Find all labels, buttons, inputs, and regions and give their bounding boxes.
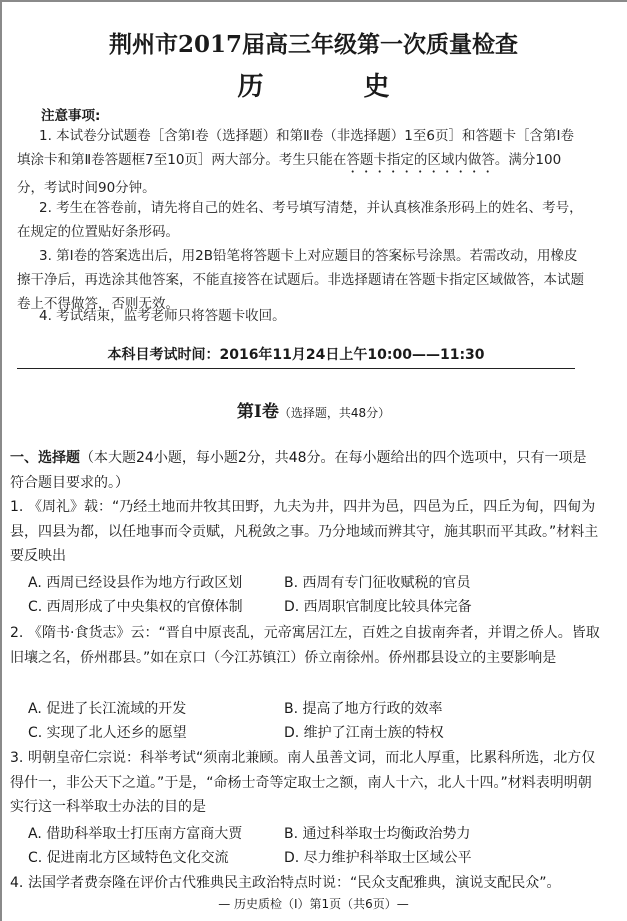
question-4-number: 4. xyxy=(10,871,28,896)
notice-item-2: 2. 考生在答卷前，请先将自己的姓名、考号填写清楚，并认真核准条形码上的姓名、考… xyxy=(17,196,587,244)
notice-item-4-text: 4. 考试结束，监考老师只将答题卡收回。 xyxy=(39,308,286,324)
section-subtitle: （选择题，共48分） xyxy=(279,406,390,420)
question-1: 1.《周礼》载：“乃经土地而井牧其田野，九夫为井，四井为邑，四邑为丘，四丘为甸，… xyxy=(10,495,600,569)
question-2-number: 2. xyxy=(10,621,28,646)
question-3: 3.明朝皇帝仁宗说：科举考试“须南北兼顾。南人虽善文词，而北人厚重，比累科所选，… xyxy=(10,746,600,820)
question-1-option-d[interactable]: D. 西周职官制度比较具体完备 xyxy=(284,595,540,619)
section-heading: 第Ⅰ卷（选择题，共48分） xyxy=(0,397,627,422)
notice-item-1-emphasis: 答题卡指定的区域内做答 xyxy=(346,152,495,168)
question-2-option-d[interactable]: D. 维护了江南士族的特权 xyxy=(284,721,540,745)
question-1-option-c[interactable]: C. 西周形成了中央集权的官僚体制 xyxy=(28,595,284,619)
question-2-options: A. 促进了长江流域的开发B. 提高了地方行政的效率 C. 实现了北人还乡的愿望… xyxy=(28,697,588,745)
part-one-label: 一、选择题 xyxy=(10,450,80,466)
subject-char-2: 史 xyxy=(364,66,390,103)
question-2-option-c[interactable]: C. 实现了北人还乡的愿望 xyxy=(28,721,284,745)
notice-item-1: 1. 本试卷分试题卷［含第Ⅰ卷（选择题）和第Ⅱ卷（非选择题）1至6页］和答题卡［… xyxy=(17,124,587,200)
notice-item-2-text: 2. 考生在答卷前，请先将自己的姓名、考号填写清楚，并认真核准条形码上的姓名、考… xyxy=(17,200,583,240)
notice-item-3-text: 3. 第Ⅰ卷的答案选出后，用2B铅笔将答题卡上对应题目的答案标号涂黑。若需改动，… xyxy=(17,248,584,312)
notice-item-4: 4. 考试结束，监考老师只将答题卡收回。 xyxy=(17,304,587,328)
question-1-number: 1. xyxy=(10,495,28,520)
question-1-option-b[interactable]: B. 西周有专门征收赋税的官员 xyxy=(284,571,540,595)
exam-title: 荆州市2017届高三年级第一次质量检查 xyxy=(0,26,627,59)
question-2-option-b[interactable]: B. 提高了地方行政的效率 xyxy=(284,697,540,721)
question-3-option-b[interactable]: B. 通过科举取士均衡政治势力 xyxy=(284,822,540,846)
question-3-stem: 明朝皇帝仁宗说：科举考试“须南北兼顾。南人虽善文词，而北人厚重，比累科所选，北方… xyxy=(10,750,595,815)
exam-time: 本科目考试时间：2016年11月24日上午10:00——11:30 xyxy=(17,344,575,369)
question-2: 2.《隋书·食货志》云：“晋自中原丧乱，元帝寓居江左，百姓之自拔南奔者，并谓之侨… xyxy=(10,621,600,670)
subject-char-1: 历 xyxy=(237,66,263,103)
question-2-option-a[interactable]: A. 促进了长江流域的开发 xyxy=(28,697,284,721)
question-3-option-c[interactable]: C. 促进南北方区域特色文化交流 xyxy=(28,846,284,870)
question-3-number: 3. xyxy=(10,746,28,771)
part-one-desc: （本大题24小题，每小题2分，共48分。在每小题给出的四个选项中，只有一项是符合… xyxy=(10,450,587,491)
question-4: 4.法国学者费奈隆在评价古代雅典民主政治特点时说：“民众支配雅典，演说支配民众”… xyxy=(10,871,600,896)
question-2-stem: 《隋书·食货志》云：“晋自中原丧乱，元帝寓居江左，百姓之自拔南奔者，并谓之侨人。… xyxy=(10,625,600,666)
part-one-instructions: 一、选择题（本大题24小题，每小题2分，共48分。在每小题给出的四个选项中，只有… xyxy=(10,446,600,495)
subject-title: 历史 xyxy=(0,66,627,103)
question-3-options: A. 借助科举取士打压南方富商大贾B. 通过科举取士均衡政治势力 C. 促进南北… xyxy=(28,822,588,870)
notice-heading: 注意事项: xyxy=(41,104,100,124)
section-title: 第Ⅰ卷 xyxy=(237,402,279,422)
question-3-option-d[interactable]: D. 尽力维护科举取士区域公平 xyxy=(284,846,540,870)
question-1-stem: 《周礼》载：“乃经土地而井牧其田野，九夫为井，四井为邑，四邑为丘，四丘为甸，四甸… xyxy=(10,499,598,564)
question-1-option-a[interactable]: A. 西周已经设县作为地方行政区划 xyxy=(28,571,284,595)
page-footer: — 历史质检（Ⅰ）第1页（共6页）— xyxy=(0,895,627,912)
question-4-stem: 法国学者费奈隆在评价古代雅典民主政治特点时说：“民众支配雅典，演说支配民众”。 xyxy=(28,875,561,891)
question-3-option-a[interactable]: A. 借助科举取士打压南方富商大贾 xyxy=(28,822,284,846)
question-1-options: A. 西周已经设县作为地方行政区划B. 西周有专门征收赋税的官员 C. 西周形成… xyxy=(28,571,588,619)
